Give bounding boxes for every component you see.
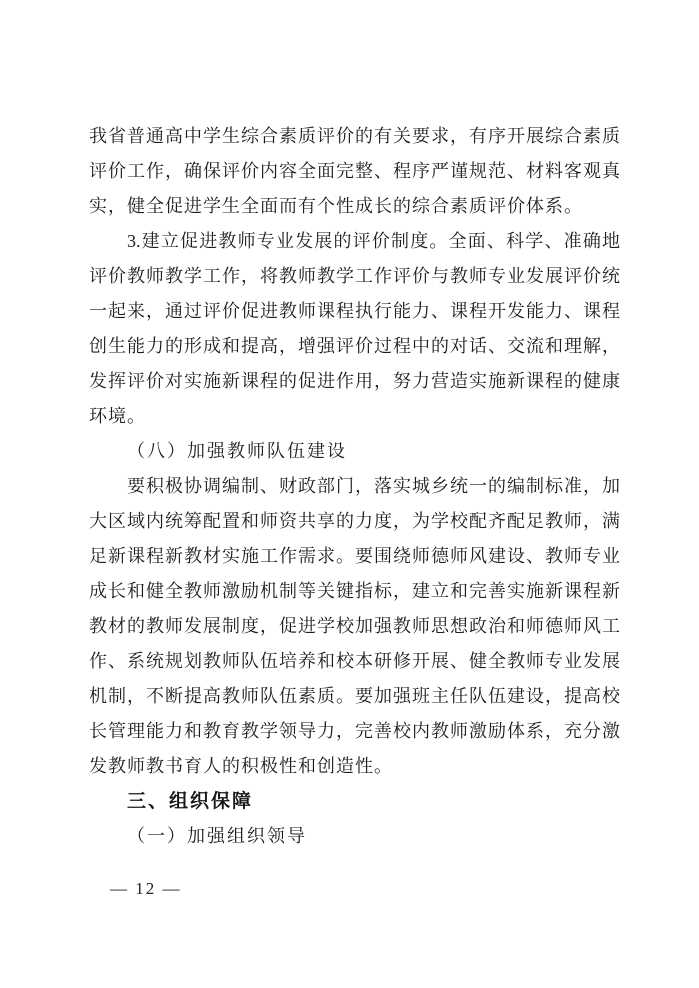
document-body: 我省普通高中学生综合素质评价的有关要求，有序开展综合素质评价工作，确保评价内容全… <box>89 119 620 854</box>
text-line: 大区域内统筹配置和师资共享的力度，为学校配齐配足教师，满 <box>89 504 620 539</box>
text-line: 成长和健全教师激励机制等关键指标，建立和完善实施新课程新 <box>89 574 620 609</box>
text-line: 评价教师教学工作，将教师教学工作评价与教师专业发展评价统 <box>89 259 620 294</box>
text-line: 作、系统规划教师队伍培养和校本研修开展、健全教师专业发展 <box>89 644 620 679</box>
text-line: 发教师教书育人的积极性和创造性。 <box>89 749 620 784</box>
text-line: 实，健全促进学生全面而有个性成长的综合素质评价体系。 <box>89 189 620 224</box>
page-number: — 12 — <box>110 879 182 899</box>
text-line: 创生能力的形成和提高，增强评价过程中的对话、交流和理解， <box>89 329 620 364</box>
subsection-heading: （一）加强组织领导 <box>89 819 620 854</box>
text-line: 教材的教师发展制度，促进学校加强教师思想政治和师德师风工 <box>89 609 620 644</box>
text-line: 一起来，通过评价促进教师课程执行能力、课程开发能力、课程 <box>89 294 620 329</box>
section-heading: 三、组织保障 <box>89 784 620 819</box>
text-line: 足新课程新教材实施工作需求。要围绕师德师风建设、教师专业 <box>89 539 620 574</box>
text-line: 环境。 <box>89 399 620 434</box>
document-page: 我省普通高中学生综合素质评价的有关要求，有序开展综合素质评价工作，确保评价内容全… <box>0 0 699 988</box>
text-line: 我省普通高中学生综合素质评价的有关要求，有序开展综合素质 <box>89 119 620 154</box>
subsection-heading: （八）加强教师队伍建设 <box>89 434 620 469</box>
text-line: 机制，不断提高教师队伍素质。要加强班主任队伍建设，提高校 <box>89 679 620 714</box>
text-line: 3.建立促进教师专业发展的评价制度。全面、科学、准确地 <box>89 224 620 259</box>
text-line: 评价工作，确保评价内容全面完整、程序严谨规范、材料客观真 <box>89 154 620 189</box>
text-line: 发挥评价对实施新课程的促进作用，努力营造实施新课程的健康 <box>89 364 620 399</box>
text-line: 要积极协调编制、财政部门，落实城乡统一的编制标准，加 <box>89 469 620 504</box>
text-line: 长管理能力和教育教学领导力，完善校内教师激励体系，充分激 <box>89 714 620 749</box>
